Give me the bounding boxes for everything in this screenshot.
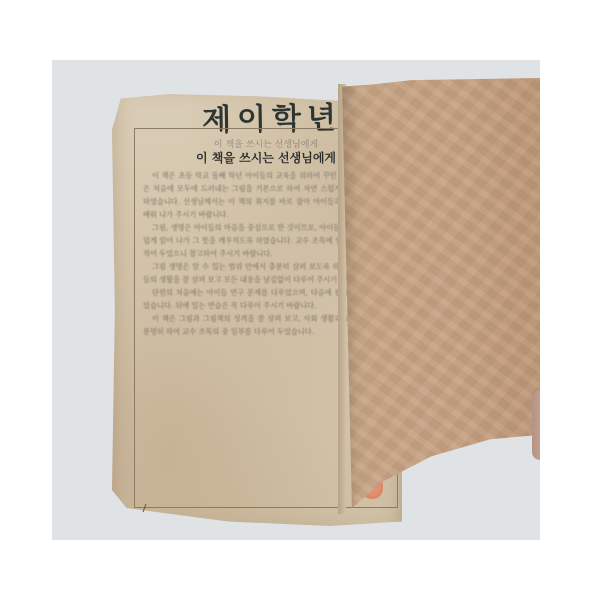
thumb (532, 390, 540, 460)
book-photo: 제이학년 이 책을 쓰시는 선생님에게 이 책을 쓰시는 선생님에게 이 책은 … (52, 60, 540, 540)
brown-paper-cover (342, 78, 540, 508)
